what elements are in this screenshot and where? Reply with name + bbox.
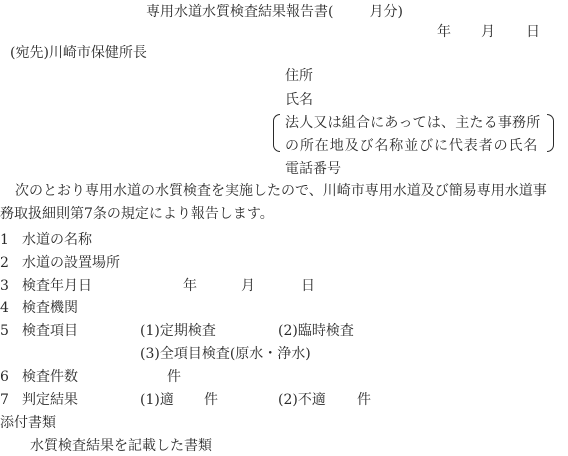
report-date-day: 日 (526, 24, 540, 40)
corporate-note-line2: の所在地及び名称並びに代表者の氏名 (285, 138, 538, 154)
item-6-number: 6 (0, 369, 9, 385)
item-4-number: 4 (0, 300, 9, 316)
item-5-label: 検査項目 (22, 323, 78, 339)
name-label: 氏名 (285, 92, 313, 108)
body-line-1: 次のとおり専用水道の水質検査を実施したので、川崎市専用水道及び簡易専用水道事 (15, 183, 547, 199)
address-label: 住所 (285, 68, 313, 84)
item-6-label: 検査件数 (22, 369, 78, 385)
option-special-inspection[interactable]: (2)臨時検査 (278, 323, 354, 339)
result-pass-label: (1)適 (140, 392, 174, 408)
inspection-date-year: 年 (183, 278, 197, 294)
item-4-label: 検査機関 (22, 300, 78, 316)
item-1-number: 1 (0, 232, 9, 248)
title-text: 専用水道水質検査結果報告書( (146, 4, 333, 20)
report-date-month: 月 (481, 24, 495, 40)
right-bracket (547, 114, 554, 152)
phone-label: 電話番号 (285, 161, 341, 177)
addressee: (宛先)川崎市保健所長 (10, 45, 147, 61)
corporate-note-line1: 法人又は組合にあっては、主たる事務所 (285, 115, 540, 131)
item-7-number: 7 (0, 392, 9, 408)
inspection-count-unit: 件 (167, 369, 181, 385)
attachments-heading: 添付書類 (0, 415, 56, 431)
item-7-label: 判定結果 (22, 392, 78, 408)
report-date-year: 年 (437, 24, 451, 40)
item-1-label: 水道の名称 (22, 232, 92, 248)
title-month-unit: 月分) (369, 4, 402, 20)
option-full-inspection[interactable]: (3)全項目検査(原水・浄水) (140, 346, 311, 362)
item-3-number: 3 (0, 278, 9, 294)
item-2-label: 水道の設置場所 (22, 255, 120, 271)
inspection-date-day: 日 (301, 278, 315, 294)
result-pass-unit: 件 (204, 392, 218, 408)
inspection-date-month: 月 (241, 278, 255, 294)
item-3-label: 検査年月日 (22, 278, 92, 294)
page-title: 専用水道水質検査結果報告書(月分) (146, 4, 403, 20)
result-fail-unit: 件 (357, 392, 371, 408)
attachment-item: 水質検査結果を記載した書類 (30, 438, 212, 454)
item-2-number: 2 (0, 255, 9, 271)
result-fail-label: (2)不適 (278, 392, 326, 408)
item-5-number: 5 (0, 323, 9, 339)
left-bracket (273, 114, 280, 152)
body-line-2: 務取扱細則第7条の規定により報告します。 (0, 206, 274, 222)
option-regular-inspection[interactable]: (1)定期検査 (140, 323, 216, 339)
